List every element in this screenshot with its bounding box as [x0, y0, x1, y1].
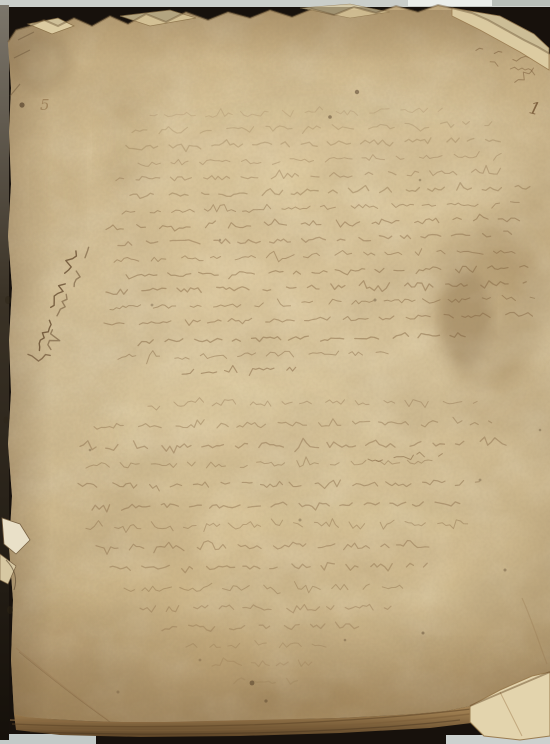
scanner-strip-top-sliver	[408, 0, 492, 6]
edge-notch	[7, 606, 13, 614]
manuscript-scan: 5 1	[0, 0, 550, 744]
edge-notch	[4, 417, 9, 424]
scanner-bed: 5 1	[0, 0, 550, 744]
scanner-strip-top-right	[492, 0, 550, 6]
binding-shadow-strip	[0, 5, 9, 740]
edge-notch	[5, 296, 11, 304]
vignette	[0, 0, 550, 744]
